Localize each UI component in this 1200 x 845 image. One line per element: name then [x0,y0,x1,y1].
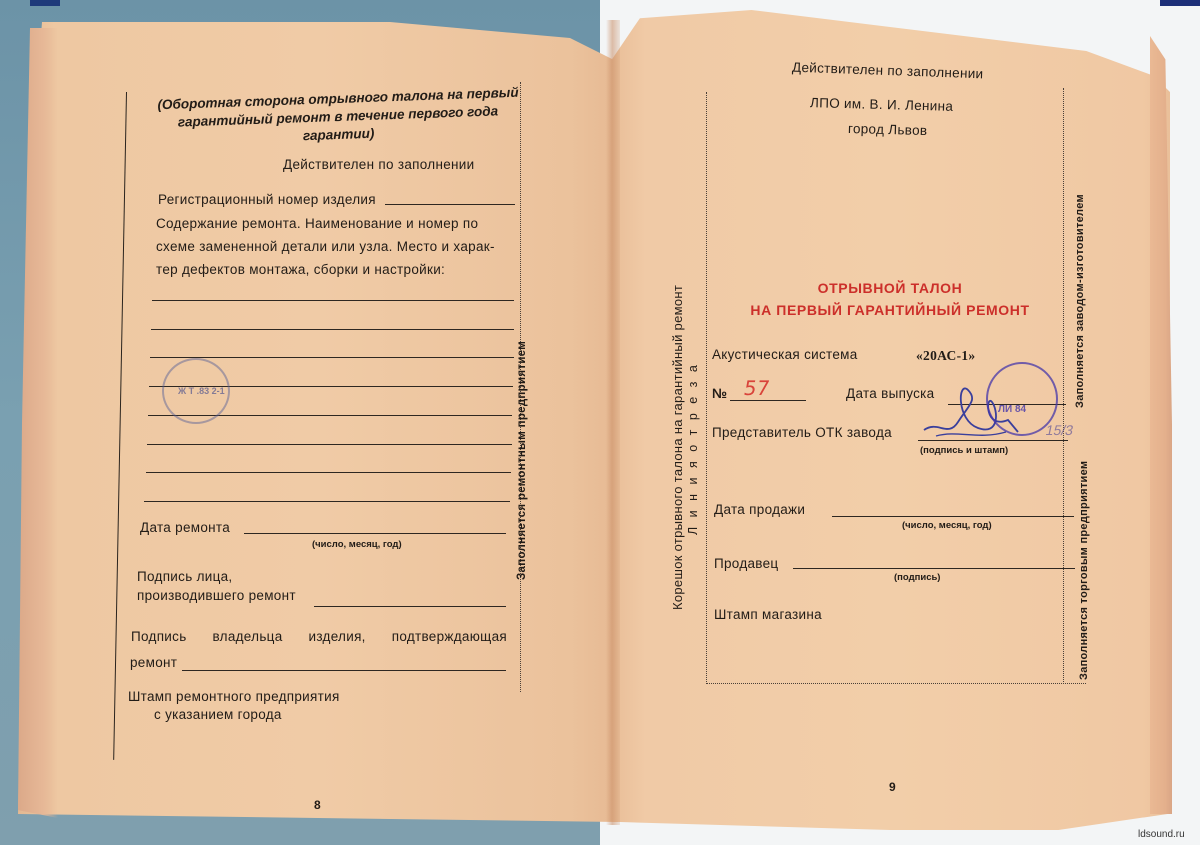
otk-label: Представитель ОТК завода [712,425,892,440]
seller-hint: (подпись) [894,572,940,583]
watermark: ldsound.ru [1138,829,1185,840]
right-city: город Львов [848,121,928,138]
left-side-note-vertical: Заполняется ремонтным предприятием [516,341,528,580]
repairer-signature-label-1: Подпись лица, [137,569,233,584]
repairer-signature-label-2: производившего ремонт [137,588,296,603]
title-line-2: НА ПЕРВЫЙ ГАРАНТИЙНЫЙ РЕМОНТ [740,302,1040,318]
repair-stamp-label-2: с указанием города [154,707,282,722]
left-valid-note: Действителен по заполнении [283,157,475,172]
right-form-bottom-border [706,683,1086,684]
repairer-signature-field[interactable] [314,606,506,607]
number-label: № [712,386,727,401]
repair-content-field-line[interactable] [150,357,514,358]
book-spine [606,20,620,825]
shop-stamp-label: Штамп магазина [714,607,822,622]
stub-vertical-label: Корешок отрывного талона на гарантийный … [670,285,685,610]
right-side-note-top: Заполняется заводом-изготовителем [1074,194,1086,408]
seller-signature-field[interactable] [793,568,1075,569]
repair-content-field-line[interactable] [147,444,512,445]
repair-content-line-2: схеме замененной детали или узла. Место … [156,239,495,254]
stamp-text: Ж Т .83 2-1 [178,386,225,396]
repair-content-line-3: тер дефектов монтажа, сборки и настройки… [156,262,445,277]
right-form-border [1063,88,1064,684]
repair-stamp-impression: Ж Т .83 2-1 [162,358,230,424]
repair-content-field-line[interactable] [146,472,511,473]
right-cut-line [706,92,707,682]
sale-date-field[interactable] [832,516,1074,517]
otk-handwritten-date: 15/3 [1044,422,1075,438]
left-page-number: 8 [314,798,321,812]
repair-date-hint: (число, месяц, год) [312,539,402,550]
background-blue-object-left [30,0,60,6]
product-label: Акустическая система [712,347,858,362]
otk-stamp-impression: ЛИ 84 [986,362,1058,436]
owner-signature-field[interactable] [182,670,506,671]
repair-content-field-line[interactable] [152,300,514,301]
owner-sig-word: изделия, [308,629,365,644]
repair-content-line-1: Содержание ремонта. Наименование и номер… [156,216,478,231]
title-line-1: ОТРЫВНОЙ ТАЛОН [740,280,1040,296]
seller-label: Продавец [714,556,778,571]
cut-line-vertical-label: Л и н и я о т р е з а [686,362,700,535]
reg-number-field[interactable] [385,204,515,205]
sale-date-hint: (число, месяц, год) [902,520,992,531]
reg-number-label: Регистрационный номер изделия [158,192,376,207]
owner-sig-word: Подпись [131,629,187,644]
owner-sig-word: владельца [212,629,282,644]
owner-sig-word: подтверждающая [392,629,507,644]
serial-number-handwritten: 57 [742,376,772,400]
background-blue-object [1160,0,1200,6]
repair-content-field-line[interactable] [144,501,510,502]
repair-date-label: Дата ремонта [140,520,230,535]
right-side-note-bottom: Заполняется торговым предприятием [1078,461,1090,680]
otk-stamp-text: ЛИ 84 [998,404,1026,415]
repair-date-field[interactable] [244,533,506,534]
sale-date-label: Дата продажи [714,502,805,517]
serial-number-field[interactable] [730,400,806,401]
owner-signature-label-2: ремонт [130,655,177,670]
right-page-number: 9 [889,780,896,794]
repair-content-field-line[interactable] [151,329,514,330]
product-value: «20АС-1» [916,348,975,364]
owner-signature-label-1: Подпись владельца изделия, подтверждающа… [131,629,507,644]
repair-stamp-label-1: Штамп ремонтного предприятия [128,689,340,704]
